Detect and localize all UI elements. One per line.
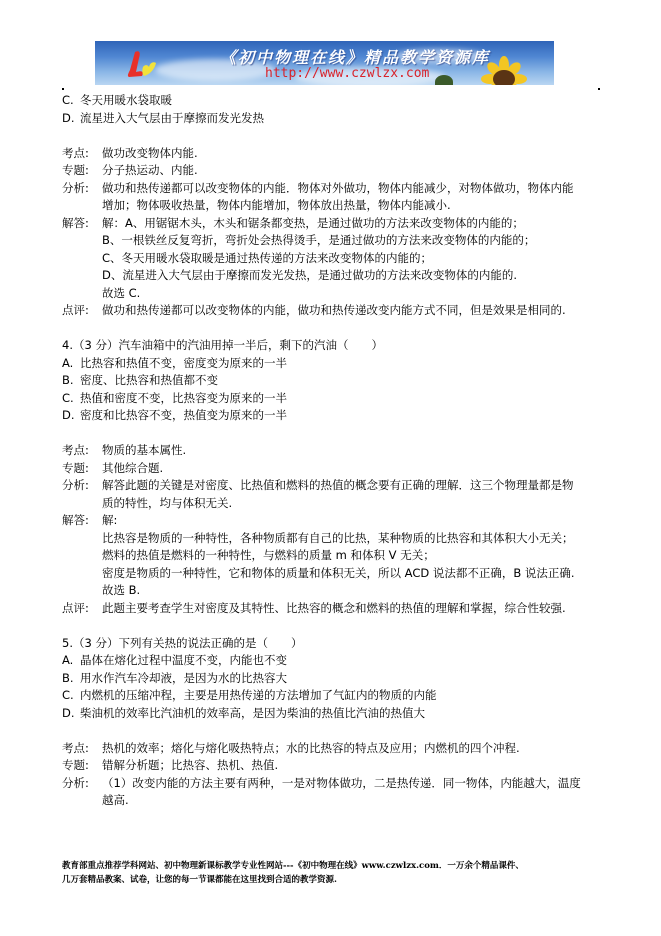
q4-kaodian: 考点: 物质的基本属性. (62, 442, 602, 460)
q3-dianping: 点评: 做功和热传递都可以改变物体的内能，做功和热传递改变内能方式不同，但是效果… (62, 302, 602, 320)
q4-option-d: D.密度和比热容不变，热值变为原来的一半 (62, 407, 602, 425)
q4-zhuanti: 专题: 其他综合题. (62, 460, 602, 478)
footer-line: 几万套精品教案、试卷，让您的每一节课都能在这里找到合适的教学资源. (62, 873, 524, 887)
footer-line: 教育部重点推荐学科网站、初中物理新课标教学专业性网站---《初中物理在线》www… (62, 859, 524, 873)
q3-fenxi: 分析: 做功和热传递都可以改变物体的内能．物体对外做功，物体内能减少，对物体做功… (62, 180, 602, 215)
q4-option-b: B.密度、比热容和热值都不变 (62, 372, 602, 390)
page-footer: 教育部重点推荐学科网站、初中物理新课标教学专业性网站---《初中物理在线》www… (62, 859, 524, 887)
q4-option-c: C.热值和密度不变，比热容变为原来的一半 (62, 390, 602, 408)
option-d: D.流星进入大气层由于摩擦而发光发热 (62, 110, 602, 128)
q3-zhuanti: 专题: 分子热运动、内能. (62, 162, 602, 180)
q4-stem: 4.（3 分）汽车油箱中的汽油用掉一半后，剩下的汽油（ ） (62, 337, 602, 355)
q5-zhuanti: 专题: 错解分析题；比热容、热机、热值. (62, 757, 602, 775)
margin-mark (598, 88, 600, 90)
banner-title: 《初中物理在线》精品教学资源库 (220, 45, 490, 68)
q5-option-a: A.晶体在熔化过程中温度不变，内能也不变 (62, 652, 602, 670)
q5-option-b: B.用水作汽车冷却液，是因为水的比热容大 (62, 670, 602, 688)
q4-fenxi: 分析: 解答此题的关键是对密度、比热值和燃料的热值的概念要有正确的理解．这三个物… (62, 477, 602, 512)
option-c: C.冬天用暖水袋取暖 (62, 92, 602, 110)
q4-dianping: 点评: 此题主要考查学生对密度及其特性、比热容的概念和燃料的热值的理解和掌握，综… (62, 600, 602, 618)
q5-option-d: D.柴油机的效率比汽油机的效率高，是因为柴油的热值比汽油的热值大 (62, 705, 602, 723)
document-body: C.冬天用暖水袋取暖 D.流星进入大气层由于摩擦而发光发热 考点: 做功改变物体… (62, 92, 602, 810)
czwlzx-logo-icon (125, 50, 159, 80)
banner-url: http://www.czwlzx.com (265, 66, 429, 81)
leaf-decoration (435, 75, 453, 85)
q3-kaodian: 考点: 做功改变物体内能. (62, 145, 602, 163)
q5-option-c: C.内燃机的压缩冲程，主要是用热传递的方法增加了气缸内的物质的内能 (62, 687, 602, 705)
header-banner: 《初中物理在线》精品教学资源库 http://www.czwlzx.com (95, 41, 554, 85)
sunflower-icon (480, 55, 528, 85)
q5-fenxi: 分析: （1）改变内能的方法主要有两种，一是对物体做功，二是热传递．同一物体，内… (62, 775, 602, 810)
q3-jieda: 解答: 解：A、用锯锯木头，木头和锯条都变热，是通过做功的方法来改变物体的内能的… (62, 215, 602, 303)
q4-option-a: A.比热容和热值不变，密度变为原来的一半 (62, 355, 602, 373)
q5-stem: 5.（3 分）下列有关热的说法正确的是（ ） (62, 635, 602, 653)
q5-kaodian: 考点: 热机的效率；熔化与熔化吸热特点；水的比热容的特点及应用；内燃机的四个冲程… (62, 740, 602, 758)
margin-mark (62, 88, 64, 90)
q4-jieda: 解答: 解: 比热容是物质的一种特性，各种物质都有自己的比热，某种物质的比热容和… (62, 512, 602, 600)
